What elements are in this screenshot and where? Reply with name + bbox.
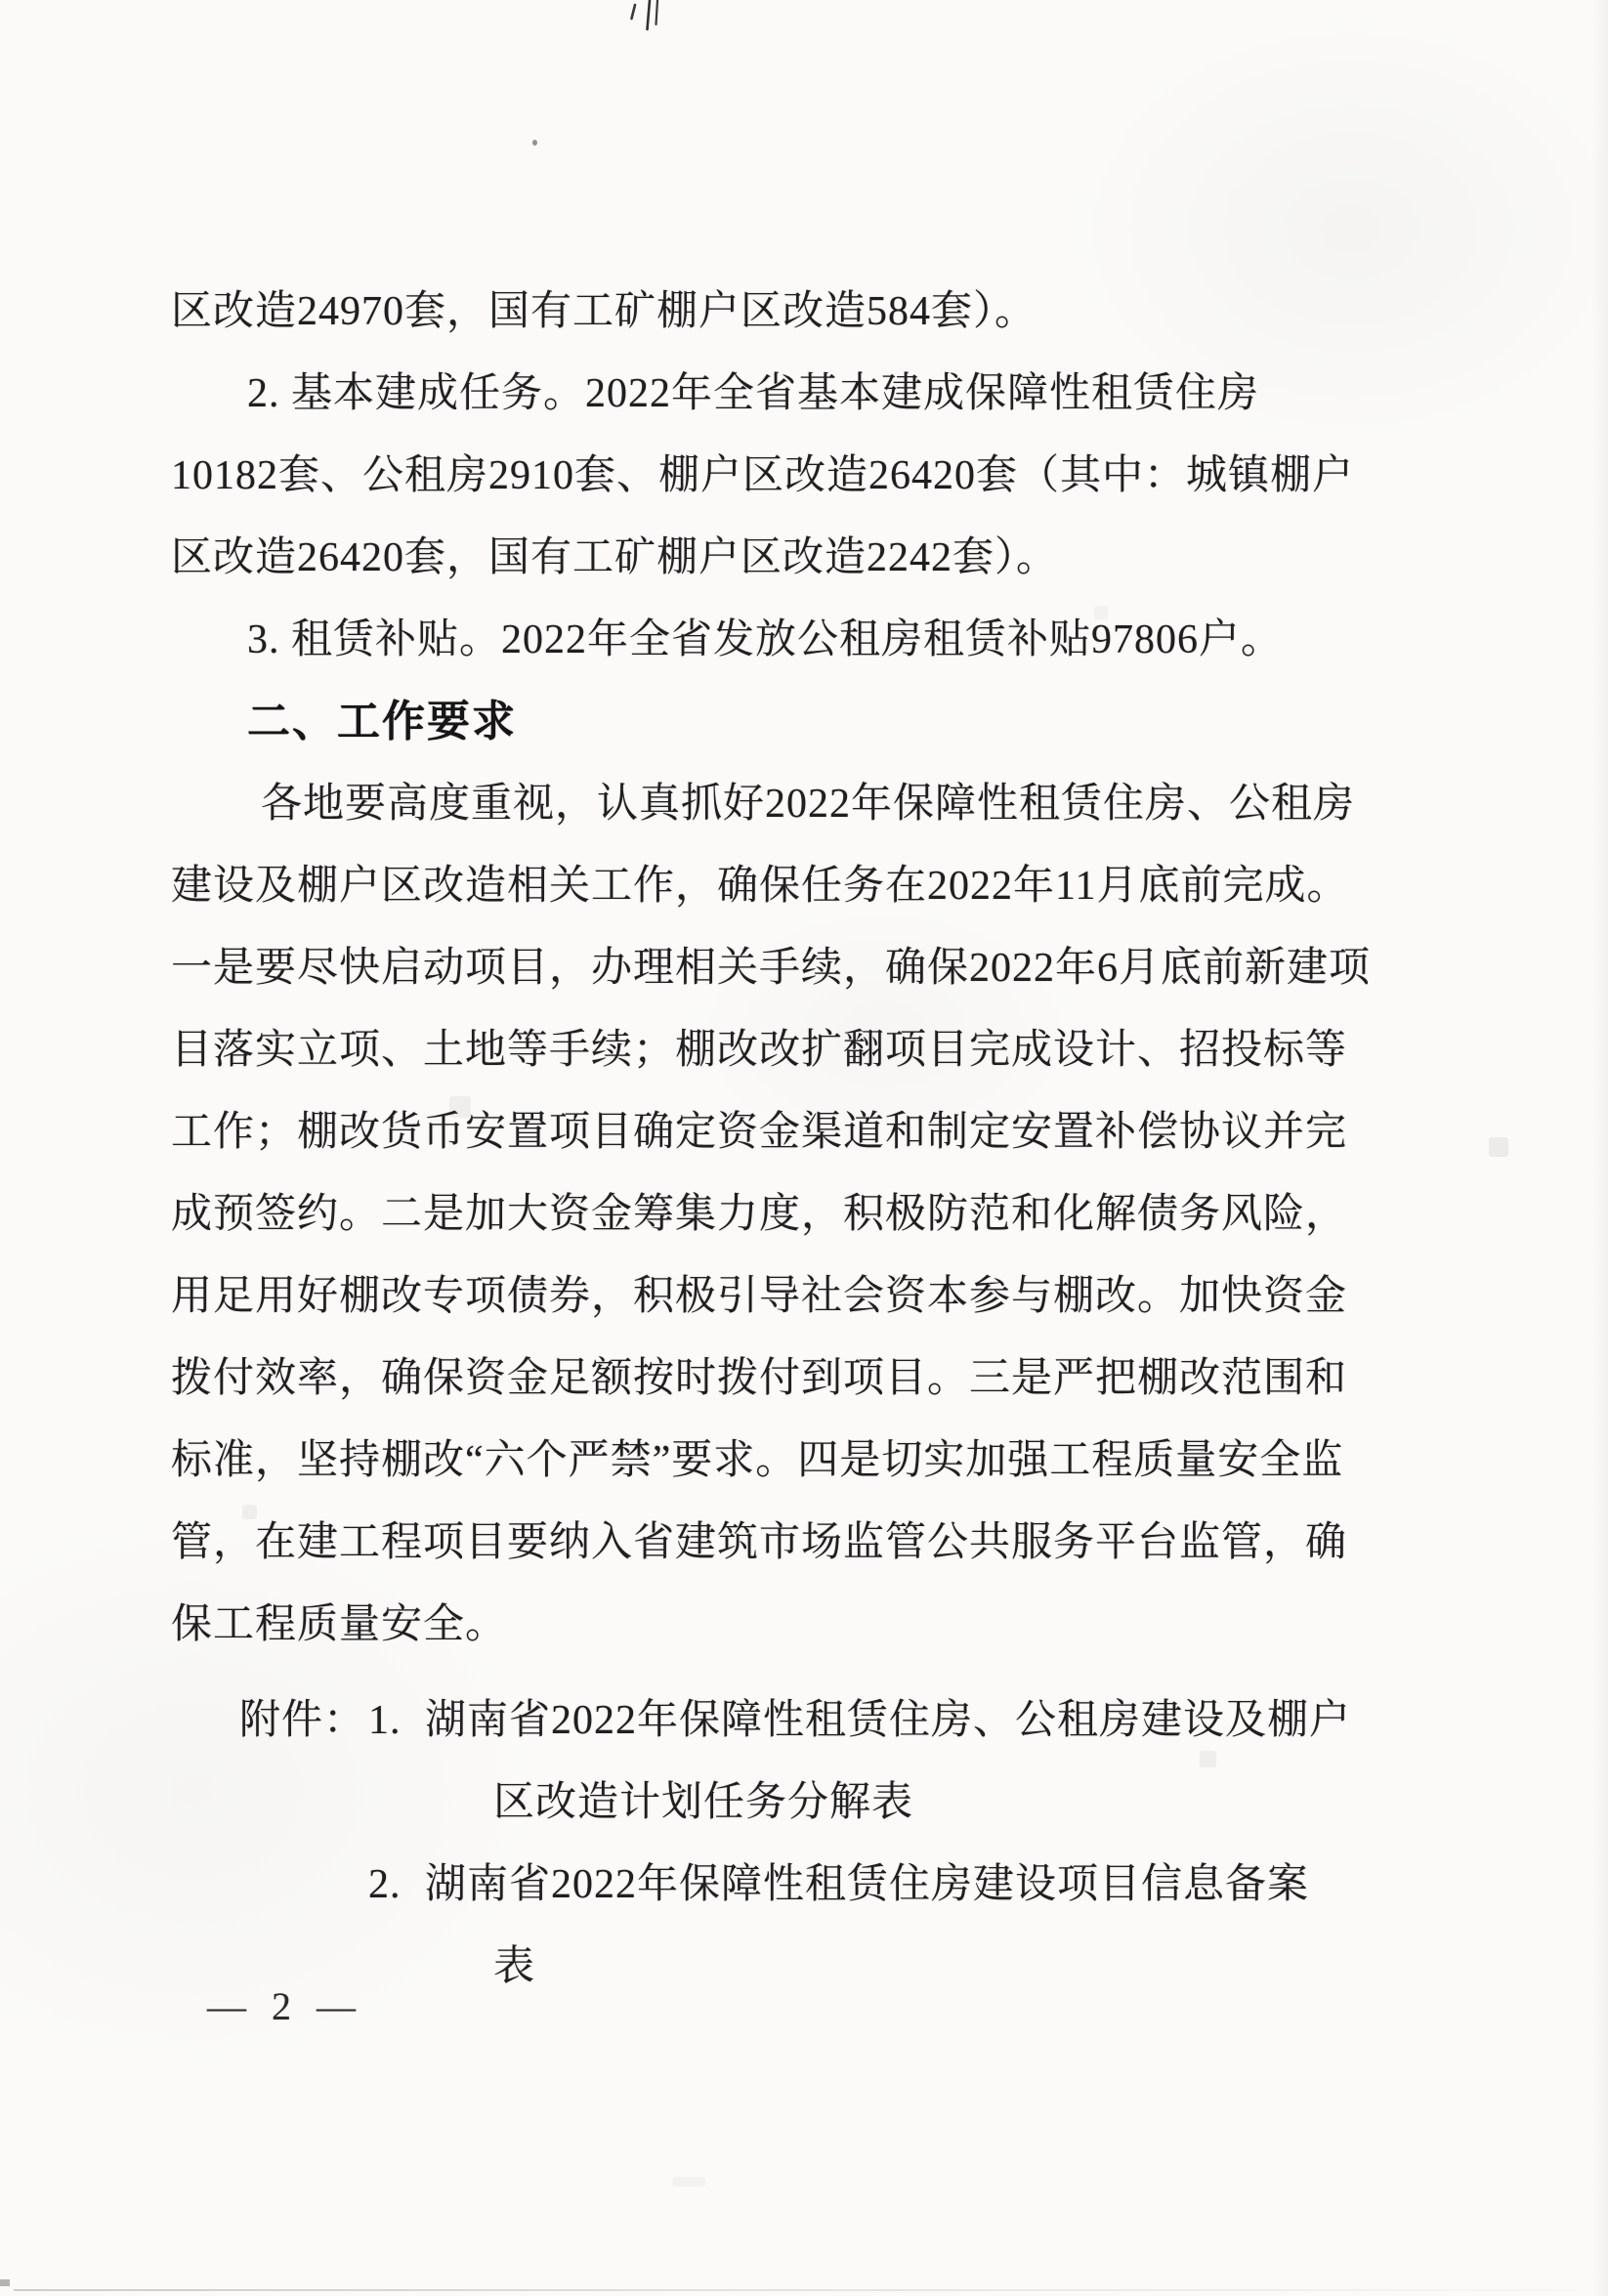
scan-smudge (672, 2177, 705, 2187)
scan-smudge (1489, 1137, 1508, 1157)
page-number: — 2 — (207, 1979, 363, 2034)
scan-speck (532, 140, 537, 146)
body-line: 保工程质量安全。 (171, 1584, 1343, 1666)
body-line: 用足用好棚改专项债券，积极引导社会资本参与棚改。加快资金 (171, 1255, 1343, 1338)
document-body: 区改造24970套，国有工矿棚户区改造584套）。 2. 基本建成任务。2022… (171, 271, 1343, 2008)
body-line: 拨付效率，确保资金足额按时拨付到项目。三是严把棚改范围和 (171, 1338, 1343, 1420)
body-line: 标准，坚持棚改“六个严禁”要求。四是切实加强工程质量安全监 (171, 1420, 1343, 1502)
attachment-item-number: 2. (368, 1844, 425, 1926)
body-line: 管，在建工程项目要纳入省建筑市场监管公共服务平台监管，确 (171, 1502, 1343, 1584)
attachment-gutter (239, 1844, 368, 1926)
body-line: 2. 基本建成任务。2022年全省基本建成保障性租赁住房 (171, 353, 1343, 435)
section-heading: 二、工作要求 (171, 681, 1343, 763)
body-line: 10182套、公租房2910套、棚户区改造26420套（其中：城镇棚户 (171, 435, 1343, 517)
attachment-item-number: 1. (368, 1679, 425, 1762)
attachment-item: 附件： 1. 湖南省2022年保障性租赁住房、公租房建设及棚户 (239, 1679, 1343, 1762)
attachment-item-continuation: 表 (239, 1926, 1343, 2008)
body-line: 成预签约。二是加大资金筹集力度，积极防范和化解债务风险， (171, 1173, 1343, 1255)
body-line: 一是要尽快启动项目，办理相关手续，确保2022年6月底前新建项 (171, 927, 1343, 1009)
attachment-item-text: 湖南省2022年保障性租赁住房建设项目信息备案 (425, 1844, 1309, 1926)
attachment-label: 附件： (239, 1679, 368, 1762)
attachment-list: 附件： 1. 湖南省2022年保障性租赁住房、公租房建设及棚户 区改造计划任务分… (171, 1679, 1343, 2008)
body-line: 区改造26420套，国有工矿棚户区改造2242套）。 (171, 517, 1343, 599)
scan-edge-line (14, 2289, 1577, 2291)
scan-corner-speck (0, 2279, 10, 2286)
body-line: 建设及棚户区改造相关工作，确保任务在2022年11月底前完成。 (171, 845, 1343, 927)
body-line: 各地要高度重视，认真抓好2022年保障性租赁住房、公租房 (171, 763, 1343, 845)
pen-mark (628, 0, 671, 35)
attachment-item-continuation: 区改造计划任务分解表 (239, 1762, 1343, 1844)
attachment-item: 2. 湖南省2022年保障性租赁住房建设项目信息备案 (239, 1844, 1343, 1926)
body-line: 目落实立项、土地等手续；棚改改扩翻项目完成设计、招投标等 (171, 1009, 1343, 1091)
body-line: 工作；棚改货币安置项目确定资金渠道和制定安置补偿协议并完 (171, 1091, 1343, 1173)
attachment-item-text: 湖南省2022年保障性租赁住房、公租房建设及棚户 (425, 1679, 1351, 1762)
scanned-document-page: 区改造24970套，国有工矿棚户区改造584套）。 2. 基本建成任务。2022… (0, 0, 1608, 2296)
body-line: 区改造24970套，国有工矿棚户区改造584套）。 (171, 271, 1343, 353)
body-line: 3. 租赁补贴。2022年全省发放公租房租赁补贴97806户。 (171, 599, 1343, 681)
